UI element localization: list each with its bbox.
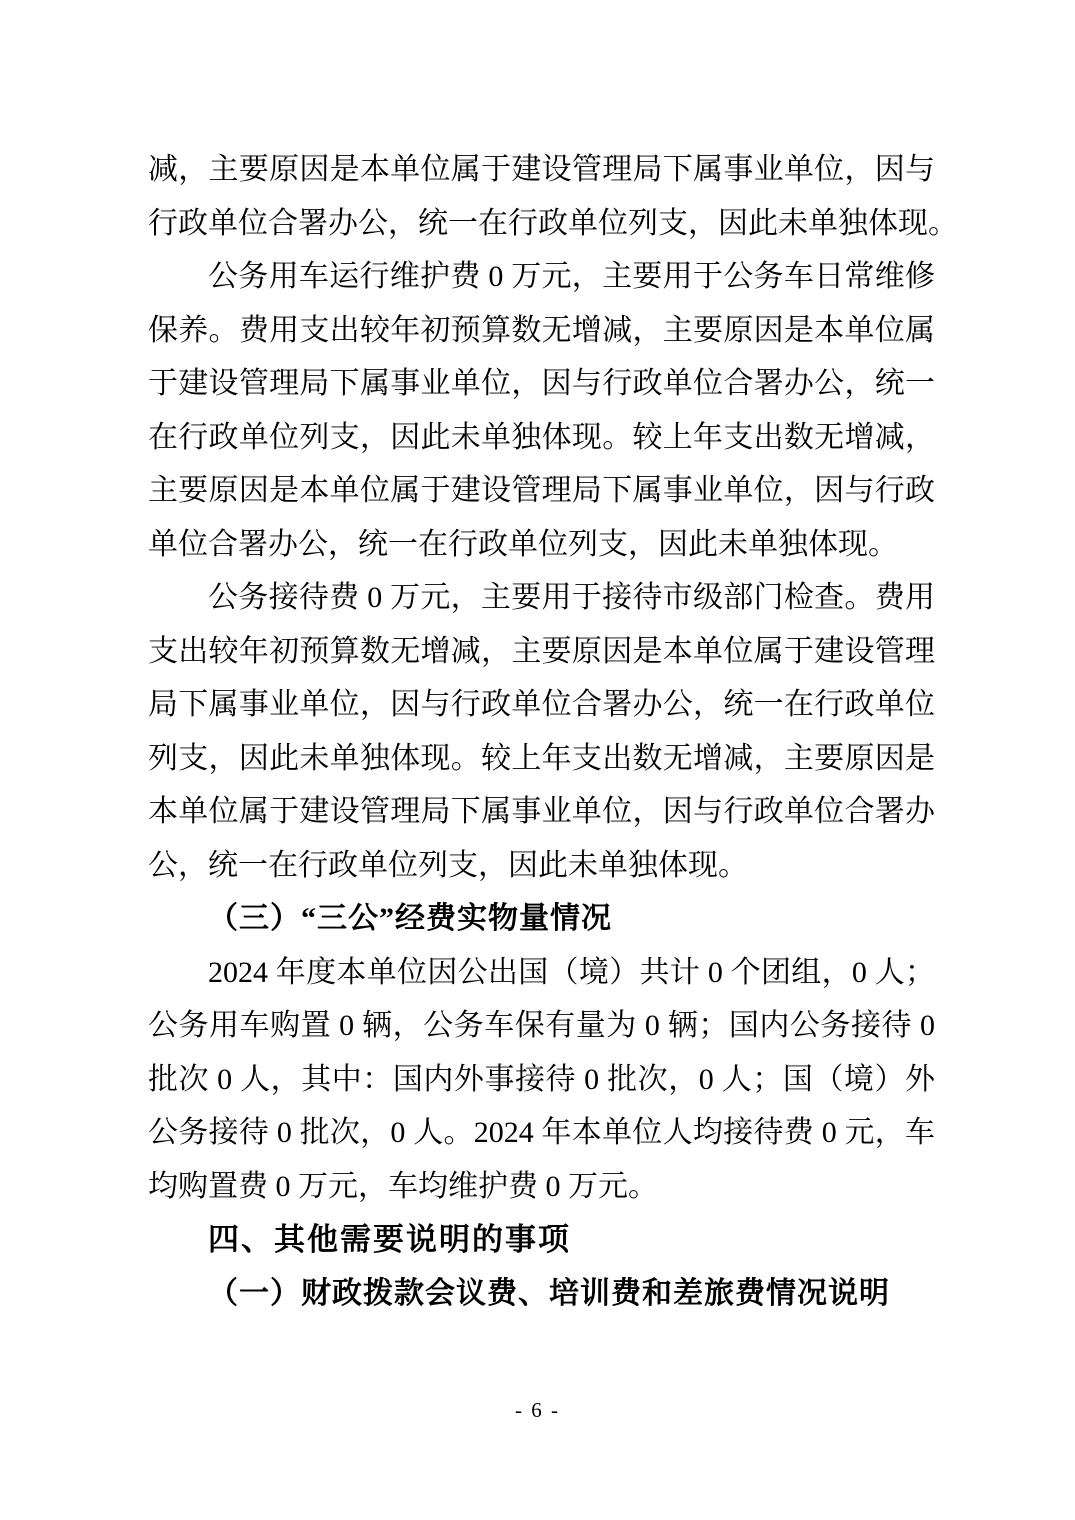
page-number: - 6 -	[0, 1398, 1075, 1423]
text-line: 支出较年初预算数无增减，主要原因是本单位属于建设管理	[148, 625, 935, 679]
text-line: 在行政单位列支，因此未单独体现。较上年支出数无增减，	[148, 411, 935, 465]
text-line: 公务用车运行维护费 0 万元，主要用于公务车日常维修	[148, 250, 935, 304]
text-line: 本单位属于建设管理局下属事业单位，因与行政单位合署办	[148, 785, 935, 839]
text-line: 公务接待费 0 万元，主要用于接待市级部门检查。费用	[148, 571, 935, 625]
section-heading: （三）“三公”经费实物量情况	[148, 892, 935, 946]
section-heading: （一）财政拨款会议费、培训费和差旅费情况说明	[148, 1267, 935, 1321]
chapter-heading: 四、其他需要说明的事项	[148, 1213, 935, 1267]
text-line: 公务接待 0 批次，0 人。2024 年本单位人均接待费 0 元，车	[148, 1106, 935, 1160]
text-line: 于建设管理局下属事业单位，因与行政单位合署办公，统一	[148, 357, 935, 411]
text-line: 公，统一在行政单位列支，因此未单独体现。	[148, 839, 935, 893]
text-line: 主要原因是本单位属于建设管理局下属事业单位，因与行政	[148, 464, 935, 518]
text-line: 单位合署办公，统一在行政单位列支，因此未单独体现。	[148, 518, 935, 572]
text-line: 保养。费用支出较年初预算数无增减，主要原因是本单位属	[148, 304, 935, 358]
text-line: 局下属事业单位，因与行政单位合署办公，统一在行政单位	[148, 678, 935, 732]
text-line: 减，主要原因是本单位属于建设管理局下属事业单位，因与	[148, 143, 935, 197]
text-line: 公务用车购置 0 辆，公务车保有量为 0 辆；国内公务接待 0	[148, 999, 935, 1053]
text-line: 行政单位合署办公，统一在行政单位列支，因此未单独体现。	[148, 197, 935, 251]
document-page: 减，主要原因是本单位属于建设管理局下属事业单位，因与 行政单位合署办公，统一在行…	[0, 0, 1075, 1520]
text-line: 2024 年度本单位因公出国（境）共计 0 个团组，0 人；	[148, 946, 935, 1000]
text-line: 批次 0 人，其中：国内外事接待 0 批次，0 人；国（境）外	[148, 1053, 935, 1107]
text-line: 列支，因此未单独体现。较上年支出数无增减，主要原因是	[148, 732, 935, 786]
text-block: 减，主要原因是本单位属于建设管理局下属事业单位，因与 行政单位合署办公，统一在行…	[148, 143, 935, 1320]
text-line: 均购置费 0 万元，车均维护费 0 万元。	[148, 1160, 935, 1214]
